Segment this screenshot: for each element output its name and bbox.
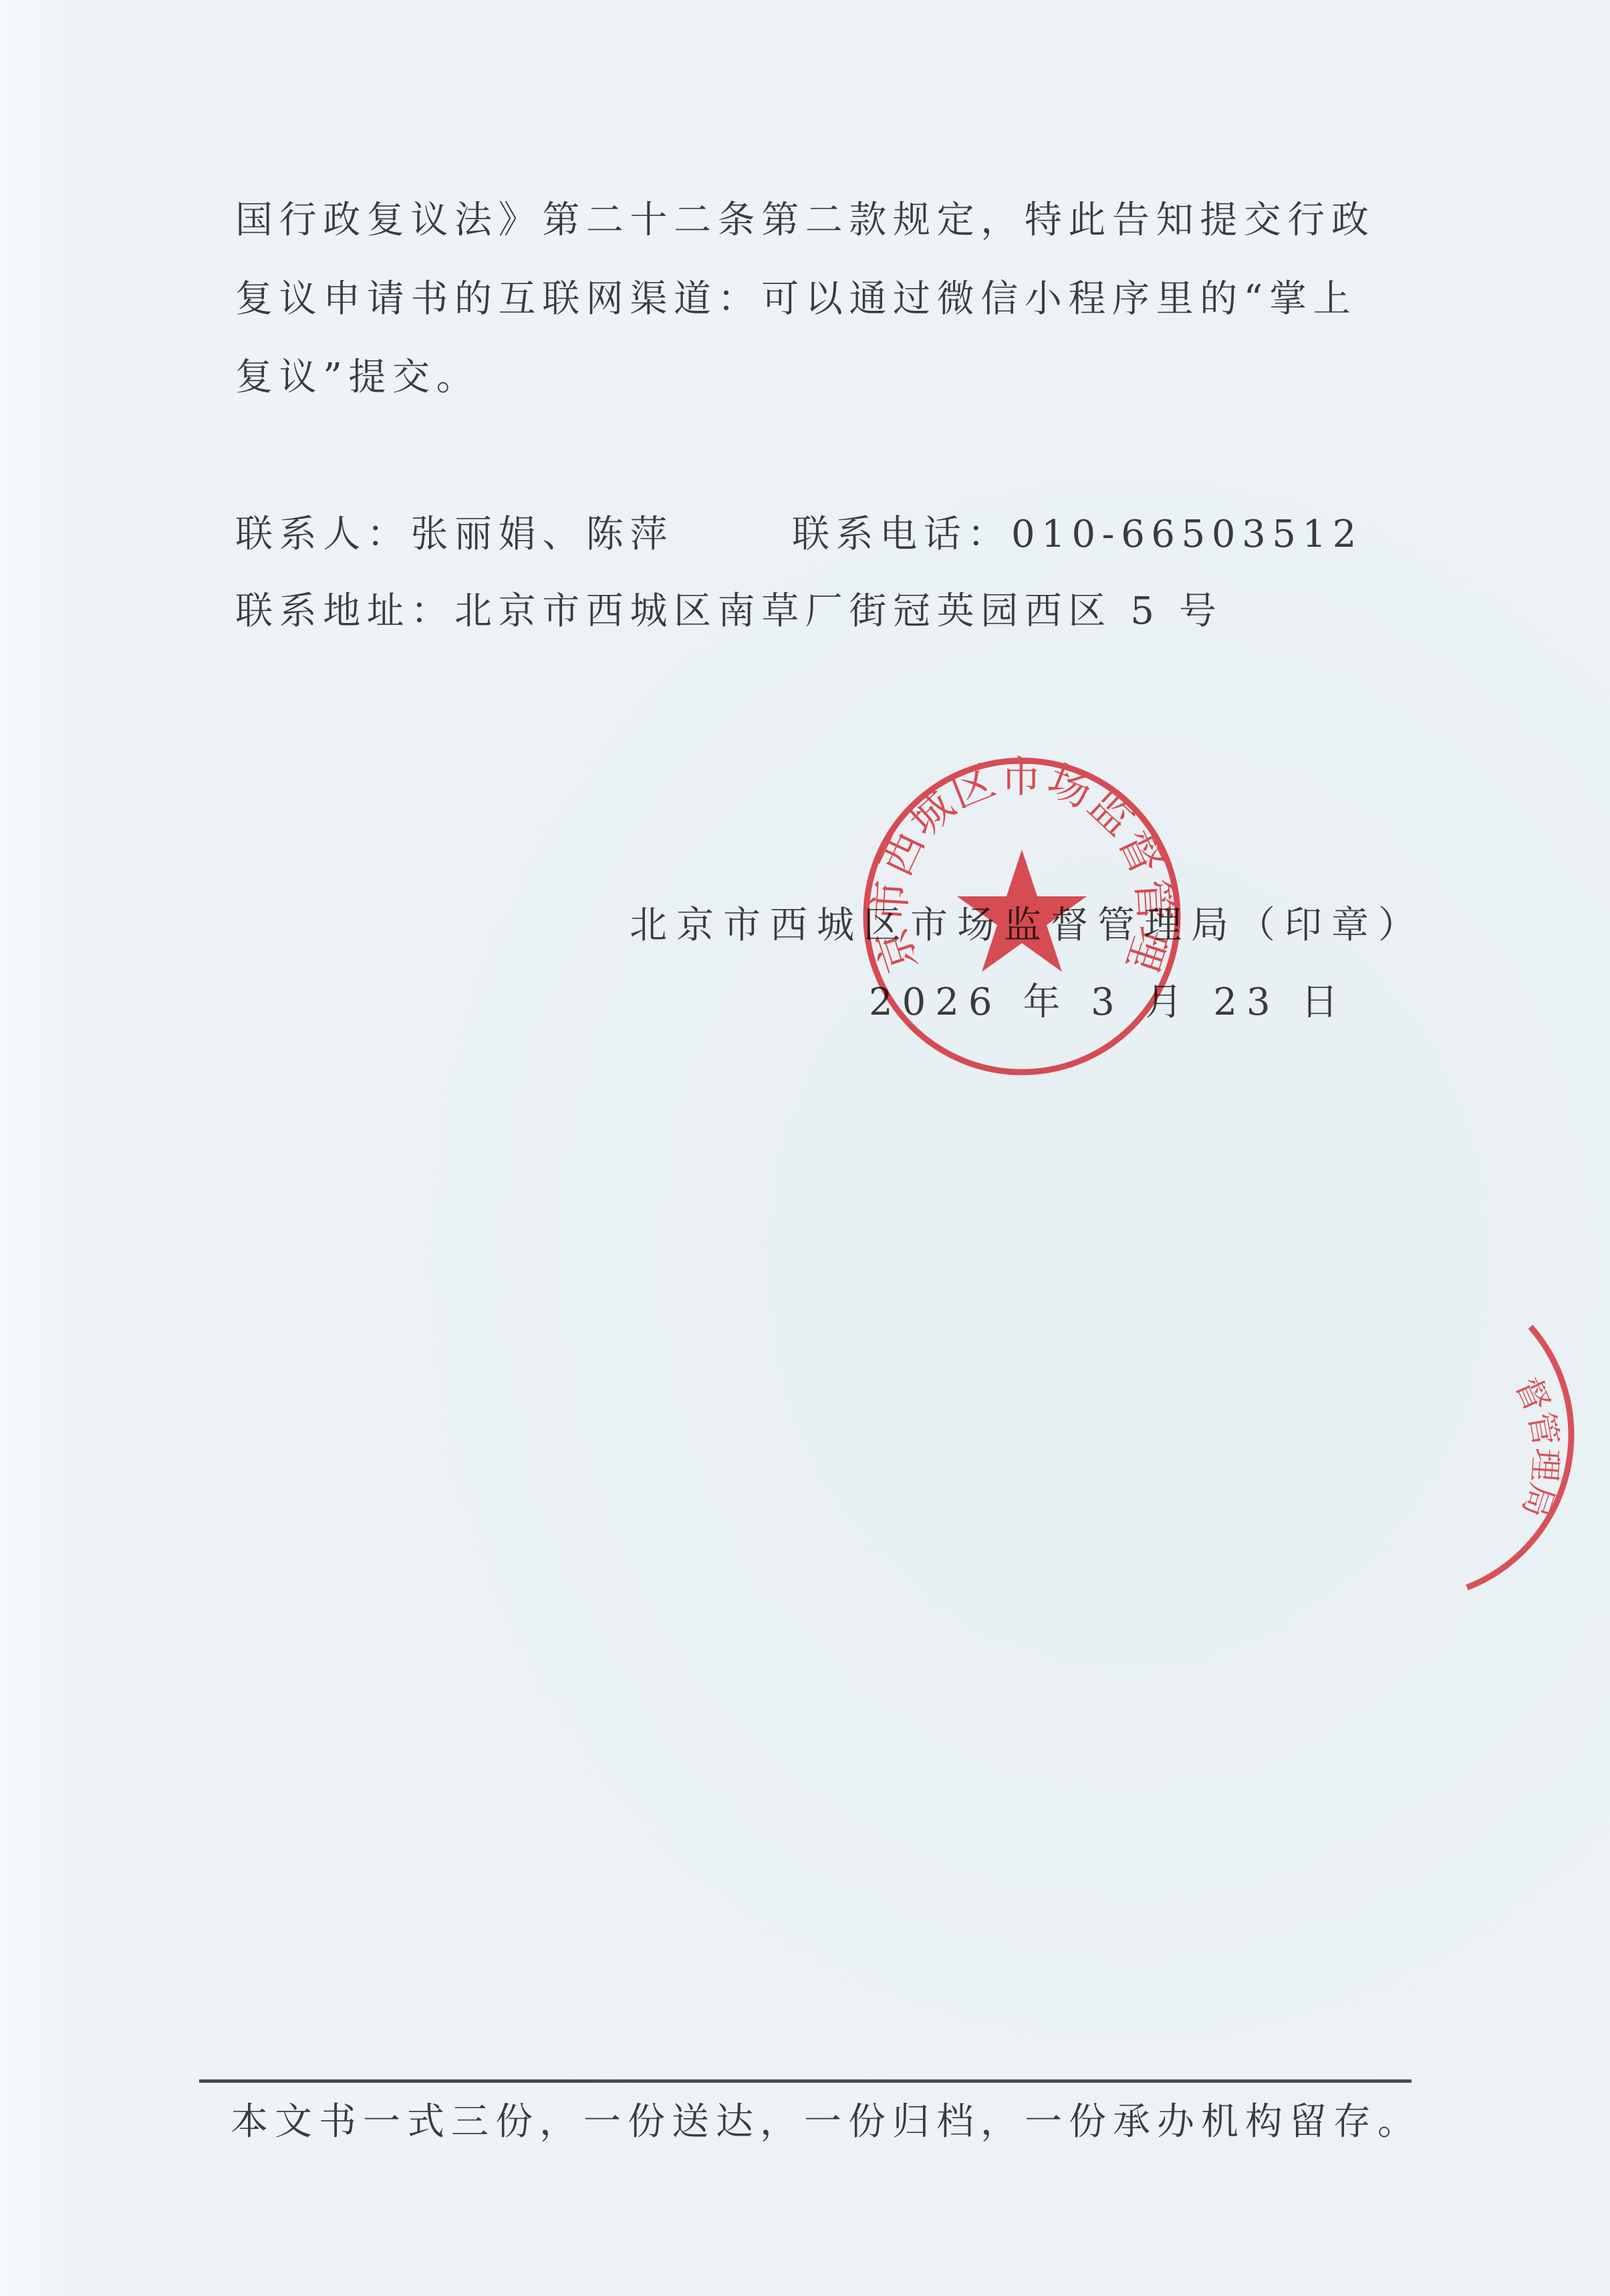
contact-person-names: 张丽娟、陈萍 <box>410 513 674 556</box>
seam-stamp-text: 督管理局 <box>1508 1371 1565 1522</box>
contact-address-value: 北京市西城区南草厂街冠英园西区 5 号 <box>454 590 1223 633</box>
contact-person-label: 联系人： <box>235 513 410 556</box>
seam-stamp-svg: 督管理局 <box>1424 1290 1610 1604</box>
contact-person: 联系人：张丽娟、陈萍 <box>235 511 674 558</box>
issue-date: 2026 年 3 月 23 日 <box>869 979 1347 1026</box>
seam-stamp-partial: 督管理局 <box>1424 1290 1610 1604</box>
contact-phone-number: 010-66503512 <box>1011 513 1363 556</box>
paper-background <box>0 0 1610 2296</box>
footer-note: 本文书一式三份，一份送达，一份归档，一份承办机构留存。 <box>231 2099 1422 2146</box>
contact-address: 联系地址：北京市西城区南草厂街冠英园西区 5 号 <box>235 588 1223 635</box>
footer-divider <box>199 2079 1412 2083</box>
issuer-signature: 北京市西城区市场监督管理局（印章） <box>630 902 1425 949</box>
contact-phone: 联系电话：010-66503512 <box>792 511 1363 558</box>
body-text-line-1: 国行政复议法》第二十二条第二款规定，特此告知提交行政 <box>235 197 1375 244</box>
contact-phone-label: 联系电话： <box>792 513 1011 556</box>
seam-ring-arc <box>1467 1327 1571 1587</box>
contact-address-label: 联系地址： <box>235 590 454 633</box>
body-text-line-3: 复议”提交。 <box>235 354 480 401</box>
body-text-line-2: 复议申请书的互联网渠道：可以通过微信小程序里的“掌上 <box>235 276 1357 323</box>
